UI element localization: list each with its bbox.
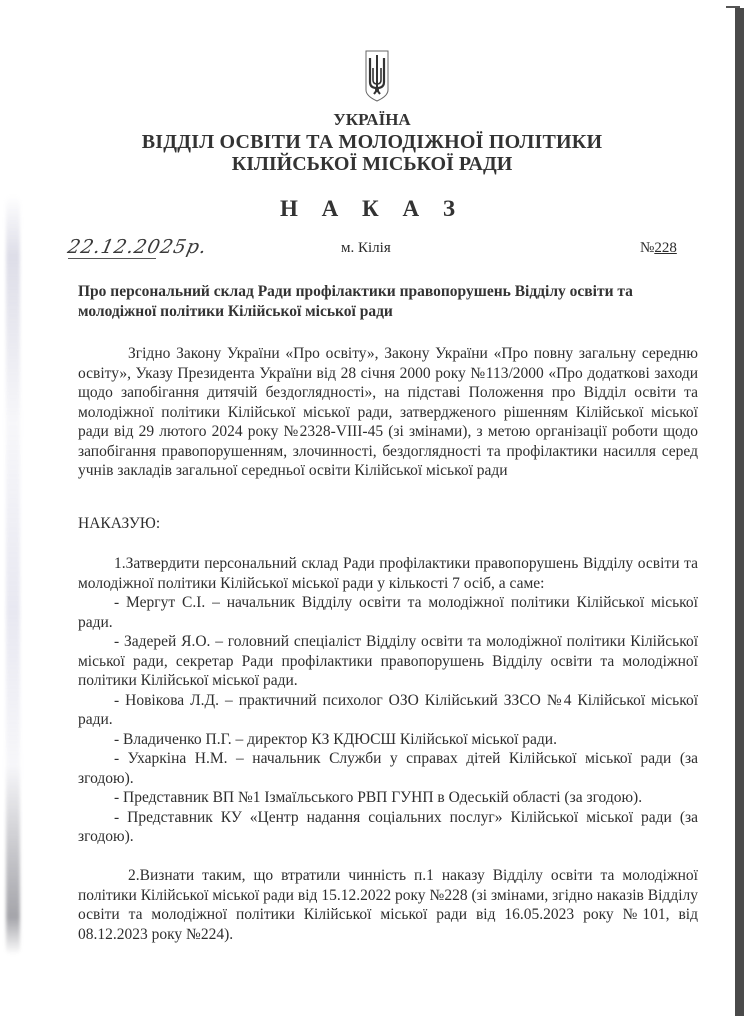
member-list-item: - Представник ВП №1 Ізмаїльського РВП ГУ… — [78, 788, 698, 808]
member-list-item: - Владиченко П.Г. – директор КЗ КДЮСШ Кі… — [78, 730, 698, 750]
order-subject: Про персональний склад Ради профілактики… — [78, 282, 698, 322]
point-1-section: 1.Затвердити персональний склад Ради про… — [78, 554, 698, 847]
member-list-item: - Новікова Л.Д. – практичний психолог ОЗ… — [78, 691, 698, 730]
member-list-item: - Ухаркіна Н.М. – начальник Служби у спр… — [78, 749, 698, 788]
department-heading-line1: ВІДДІЛ ОСВІТИ ТА МОЛОДІЖНОЇ ПОЛІТИКИ — [0, 131, 744, 154]
order-number: №228 — [640, 240, 677, 257]
scanned-document-page: УКРАЇНА ВІДДІЛ ОСВІТИ ТА МОЛОДІЖНОЇ ПОЛІ… — [0, 0, 744, 1024]
trident-emblem-icon — [365, 50, 389, 102]
preamble-paragraph: Згідно Закону України «Про освіту», Зако… — [78, 344, 698, 481]
scan-left-artifact — [6, 195, 20, 955]
department-heading-line2: КІЛІЙСЬКОЇ МІСЬКОЇ РАДИ — [0, 153, 744, 176]
order-number-prefix: № — [640, 240, 654, 256]
city-label: м. Кілія — [341, 240, 391, 257]
country-heading: УКРАЇНА — [0, 110, 744, 130]
point-1-text: 1.Затвердити персональний склад Ради про… — [78, 554, 698, 593]
point-2-paragraph: 2.Визнати таким, що втратили чинність п.… — [78, 866, 698, 944]
order-number-value: 228 — [654, 240, 677, 256]
member-list-item: - Задерей Я.О. – головний спеціаліст Від… — [78, 632, 698, 691]
member-list-item: - Мергут С.І. – начальник Відділу освіти… — [78, 593, 698, 632]
document-type-title: Н А К А З — [0, 196, 744, 222]
date-underline — [68, 258, 156, 259]
member-list-item: - Представник КУ «Центр надання соціальн… — [78, 808, 698, 847]
handwritten-date: 22.12.2025р. — [66, 236, 210, 258]
order-keyword: НАКАЗУЮ: — [78, 514, 698, 534]
